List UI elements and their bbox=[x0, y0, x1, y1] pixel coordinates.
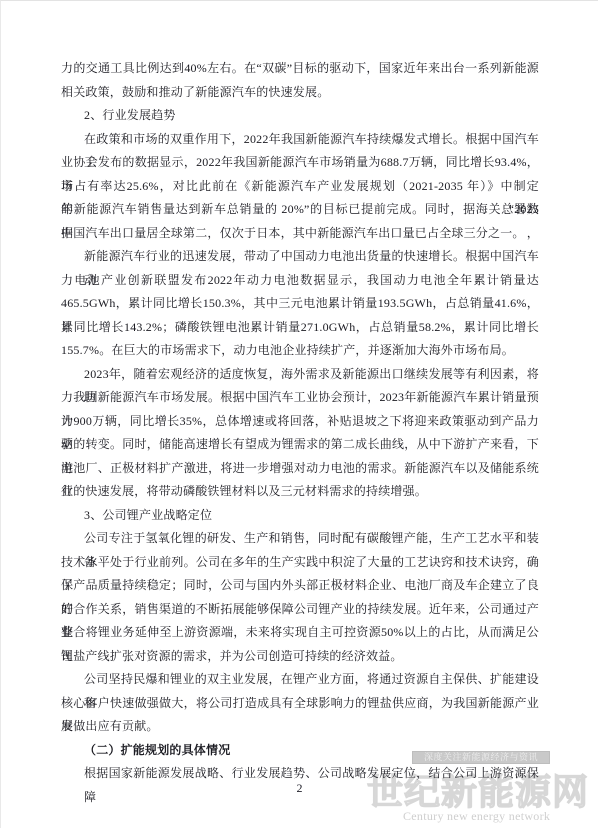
text-line: 公司坚持民爆和锂业的双主业发展，在锂产业方面，将通过资源自主保供、扩能建设和 bbox=[61, 668, 539, 692]
text-line: 中国汽车出口量居全球第二，仅次于日本，其中新能源汽车出口量已占全球三分之一。 bbox=[61, 222, 539, 246]
text-line: 锂盐产线扩张对资源的需求，并为公司创造可持续的经济效益。 bbox=[61, 645, 539, 669]
text-line: 技术水平处于行业前列。公司在多年的生产实践中积淀了大量的工艺诀窍和技术诀窍，确保 bbox=[61, 551, 539, 575]
text-line: 力我国新能源汽车市场发展。根据中国汽车工业协会预计，2023年新能源汽车累计销量… bbox=[61, 386, 539, 410]
text-line: 核心客户快速做强做大，将公司打造成具有全球影响力的锂盐供应商，为我国新能源产业发 bbox=[61, 692, 539, 716]
text-line: 3、公司锂产业战略定位 bbox=[61, 504, 539, 528]
text-line: 业的快速发展，将带动磷酸铁锂材料以及三元材料需求的持续增强。 bbox=[61, 480, 539, 504]
text-line: 的合作关系，销售渠道的不断拓展能够保障公司锂产业的持续发展。近年来，公司通过产业 bbox=[61, 598, 539, 622]
text-line: 力的交通工具比例达到40%左右。在“双碳”目标的驱动下，国家近年来出台一系列新能… bbox=[61, 57, 539, 81]
text-line: 电池厂、正极材料扩产激进，将进一步增强对动力电池的需求。新能源汽车以及储能系统行 bbox=[61, 457, 539, 481]
text-line: 相关政策，鼓励和推动了新能源汽车的快速发展。 bbox=[61, 81, 539, 105]
page-number: 2 bbox=[1, 781, 598, 796]
text-line: 动的转变。同时，储能高速增长有望成为锂需求的第二成长曲线，从中下游扩产来看，下游 bbox=[61, 433, 539, 457]
text-line: 在政策和市场的双重作用下，2022年我国新能源汽车持续爆发式增长。根据中国汽车工 bbox=[61, 128, 539, 152]
text-line: 2023年，随着宏观经济的适度恢复，海外需求及新能源出口继续发展等有利因素，将助 bbox=[61, 363, 539, 387]
watermark-subtitle: Century new energy network bbox=[403, 809, 550, 824]
text-line: 公司专注于氢氧化锂的研发、生产和销售，同时配有碳酸锂产能，生产工艺水平和装备 bbox=[61, 527, 539, 551]
text-line: 计同比增长143.2%；磷酸铁锂电池累计销量271.0GWh，占总销量58.2%… bbox=[61, 316, 539, 340]
text-line: 业协会发布的数据显示，2022年我国新能源汽车市场销量为688.7万辆，同比增长… bbox=[61, 151, 539, 175]
document-body: 力的交通工具比例达到40%左右。在“双碳”目标的驱动下，国家近年来出台一系列新能… bbox=[61, 57, 539, 786]
text-line: 155.7%。在巨大的市场需求下，动力电池企业持续扩产，并逐渐加大海外市场布局。 bbox=[61, 339, 539, 363]
text-line: （二）扩能规划的具体情况 bbox=[61, 739, 539, 763]
text-line: 2、行业发展趋势 bbox=[61, 104, 539, 128]
text-line: 了产品质量持续稳定；同时，公司与国内外头部正极材料企业、电池厂商及车企建立了良好 bbox=[61, 574, 539, 598]
text-line: 465.5GWh，累计同比增长150.3%，其中三元电池累计销量193.5GWh… bbox=[61, 292, 539, 316]
text-line: 年新能源汽车销售量达到新车总销量的 20%”的目标已提前完成。同时，据海关总署数… bbox=[61, 198, 539, 222]
text-line: 新能源汽车行业的迅速发展，带动了中国动力电池出货量的快速增长。根据中国汽车动 bbox=[61, 245, 539, 269]
document-page: 深度关注新能源经济与资讯 世纪新能源网 Century new energy n… bbox=[0, 0, 598, 828]
text-line: 为900万辆，同比增长35%，总体增速或将回落，补贴退坡之下将迎来政策驱动到产品… bbox=[61, 410, 539, 434]
text-line: 整合将锂业务延伸至上游资源端，未来将实现自主可控资源50%以上的占比，从而满足公… bbox=[61, 621, 539, 645]
text-line: 力电池产业创新联盟发布2022年动力电池数据显示，我国动力电池全年累计销量达 bbox=[61, 269, 539, 293]
text-line: 展做出应有贡献。 bbox=[61, 715, 539, 739]
text-line: 场占有率达25.6%，对比此前在《新能源汽车产业发展规划（2021-2035 年… bbox=[61, 175, 539, 199]
